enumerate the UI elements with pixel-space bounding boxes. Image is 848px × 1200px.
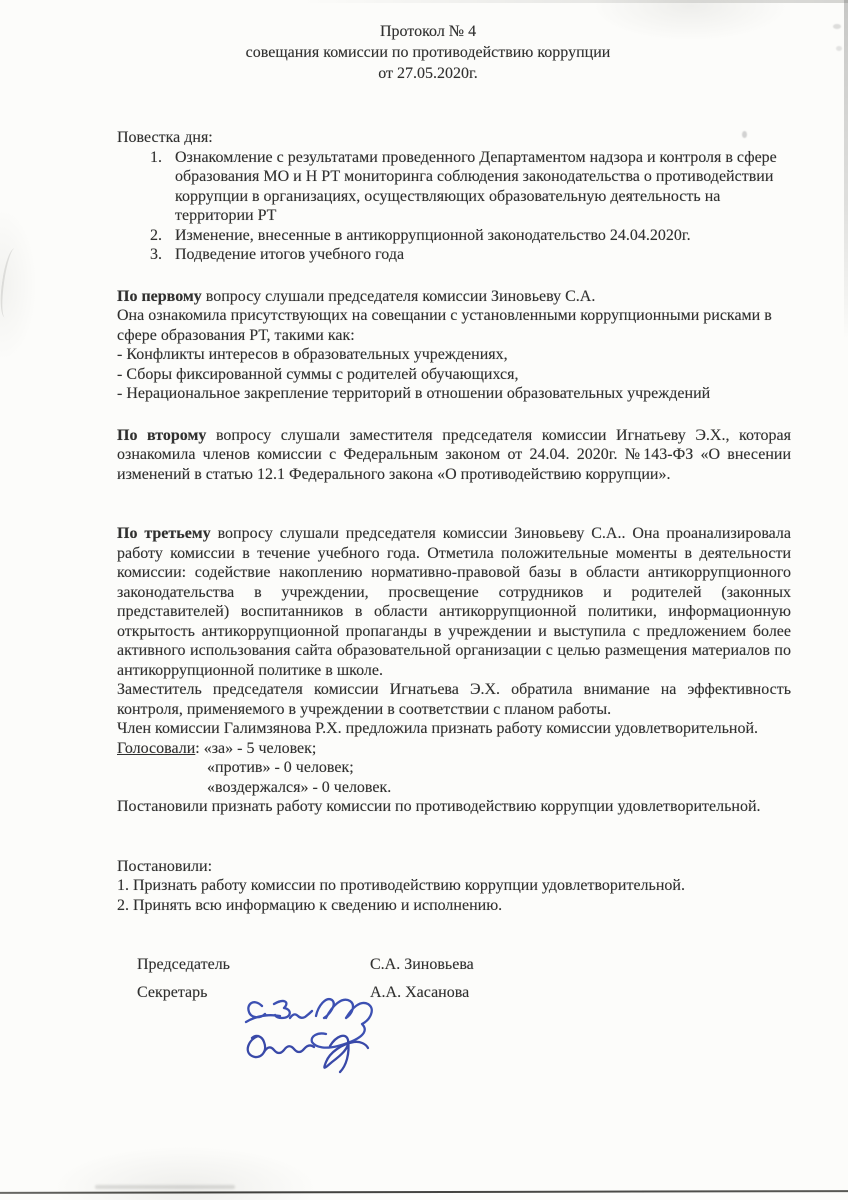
title-line-3: от 27.05.2020г. (91, 63, 765, 84)
section-third-lead: По третьему (117, 525, 211, 542)
scan-speck (742, 131, 747, 138)
decisions-block: Постановили: 1. Признать работу комиссии… (117, 857, 791, 916)
decision-item: 1. Признать работу комиссии по противоде… (117, 876, 791, 896)
scan-speck (833, 24, 841, 29)
agenda-item-number: 2. (150, 226, 175, 246)
agenda-item-text: Подведение итогов учебного года (175, 245, 791, 265)
section-first-intro: Она ознакомила присутствующих на совещан… (117, 306, 791, 345)
agenda-item: 1. Ознакомление с результатами проведенн… (117, 148, 791, 226)
signature-ink-scribble (242, 992, 392, 1077)
section-first-lead: По первому (117, 288, 202, 305)
risk-bullet-line: - Нерациональное закрепление территорий … (117, 384, 791, 404)
agenda-list: 1. Ознакомление с результатами проведенн… (117, 148, 791, 265)
risk-bullet-line: - Конфликты интересов в образовательных … (117, 345, 791, 365)
voting-block: Голосовали: «за» - 5 человек; «против» -… (117, 739, 791, 798)
voting-for-line: Голосовали: «за» - 5 человек; (117, 739, 791, 759)
section-first-opening-rest: вопросу слушали председателя комиссии Зи… (202, 288, 596, 305)
agenda-item: 3. Подведение итогов учебного года (117, 245, 791, 265)
section-third-text: вопросу слушали председателя комиссии Зи… (117, 525, 791, 679)
section-first: По первому вопросу слушали председателя … (117, 287, 791, 404)
signature-role-chairman: Председатель (137, 951, 370, 979)
signature-name-chairman: С.А. Зиновьева (370, 951, 474, 979)
voting-for-count: : «за» - 5 человек; (195, 740, 316, 757)
scan-top-edge-smudge (300, 0, 848, 3)
scanned-protocol-page: Протокол № 4 совещания комиссии по проти… (0, 0, 848, 1200)
voting-against-line: «против» - 0 человек; (117, 758, 791, 778)
signature-row: Председатель С.А. Зиновьева (117, 951, 791, 979)
decisions-heading: Постановили: (117, 857, 791, 877)
document-title: Протокол № 4 совещания комиссии по проти… (91, 0, 765, 84)
decision-item: 2. Принять всю информацию к сведению и и… (117, 896, 791, 916)
voting-resolution-paragraph: Постановили признать работу комиссии по … (117, 797, 791, 817)
agenda-item: 2. Изменение, внесенные в антикоррупцион… (117, 226, 791, 246)
document-body: Протокол № 4 совещания комиссии по проти… (117, 0, 791, 1007)
agenda-item-number: 3. (150, 245, 175, 265)
scan-bottom-edge-line (0, 1190, 848, 1194)
section-first-opening: По первому вопросу слушали председателя … (117, 287, 791, 307)
scan-paper-crease (0, 247, 23, 319)
signature-row: Секретарь А.А. Хасанова (117, 979, 791, 1007)
agenda-item-text: Ознакомление с результатами проведенного… (175, 148, 791, 226)
signature-block: Председатель С.А. Зиновьева Секретарь А.… (117, 951, 791, 1007)
section-second-text: вопросу слушали заместителя председателя… (117, 427, 791, 483)
section-third-paragraph: По третьему вопросу слушали председателя… (117, 524, 791, 680)
risk-bullet-line: - Сборы фиксированной суммы с родителей … (117, 365, 791, 385)
section-second: По второму вопросу слушали заместителя п… (117, 426, 791, 485)
agenda-item-text: Изменение, внесенные в антикоррупционной… (175, 226, 791, 246)
section-third: По третьему вопросу слушали председателя… (117, 524, 791, 817)
voting-abstain-line: «воздержался» - 0 человек. (117, 778, 791, 798)
member-proposal-paragraph: Член комиссии Галимзянова Р.Х. предложил… (117, 719, 791, 739)
title-line-1: Протокол № 4 (91, 21, 765, 42)
deputy-remark-paragraph: Заместитель председателя комиссии Игнать… (117, 680, 791, 719)
title-line-2: совещания комиссии по противодействию ко… (91, 42, 765, 63)
voting-label: Голосовали (117, 740, 195, 757)
scan-speck (836, 46, 842, 51)
scan-bottom-smudge (95, 1185, 235, 1189)
section-second-lead: По второму (117, 427, 206, 444)
agenda-heading: Повестка дня: (117, 128, 791, 148)
scan-right-edge-shadow (844, 0, 848, 340)
agenda-item-number: 1. (150, 148, 175, 226)
